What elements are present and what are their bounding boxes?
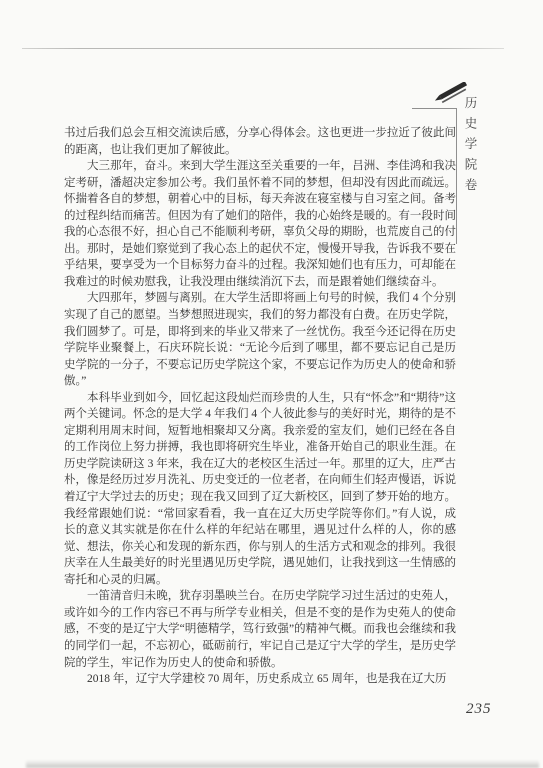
paragraph: 2018 年，辽宁大学建校 70 周年，历史系成立 65 周年，也是我在辽大历 xyxy=(64,671,456,688)
paragraph: 书过后我们总会互相交流读后感，分享心得体会。这也更进一步拉近了彼此间的距离，也让… xyxy=(64,125,456,158)
page-number: 235 xyxy=(466,701,492,718)
body-text: 书过后我们总会互相交流读后感，分享心得体会。这也更进一步拉近了彼此间的距离，也让… xyxy=(64,125,456,688)
margin-tab-rule-horizontal xyxy=(412,108,457,109)
page-bottom-shadow xyxy=(26,760,539,768)
volume-label: 历史学院卷 xyxy=(461,96,479,199)
paragraph: 本科毕业到如今，回忆起这段灿烂而珍贵的人生，只有“怀念”和“期待”这两个关键词。… xyxy=(64,390,456,589)
paragraph: 大三那年，奋斗。来到大学生涯这至关重要的一年，吕洲、李佳鸿和我决定考研，潘超决定… xyxy=(64,158,456,290)
book-page: 历史学院卷 书过后我们总会互相交流读后感，分享心得体会。这也更进一步拉近了彼此间… xyxy=(0,0,543,768)
page-top-edge xyxy=(22,48,504,49)
margin-tab-rule-vertical xyxy=(456,108,457,244)
paragraph: 一笛清音归未晚，犹存羽墨映兰台。在历史学院学习过生活过的史苑人，或许如今的工作内… xyxy=(64,588,456,671)
paragraph: 大四那年，梦圆与离别。在大学生活即将画上句号的时候，我们 4 个分别实现了自己的… xyxy=(64,290,456,389)
